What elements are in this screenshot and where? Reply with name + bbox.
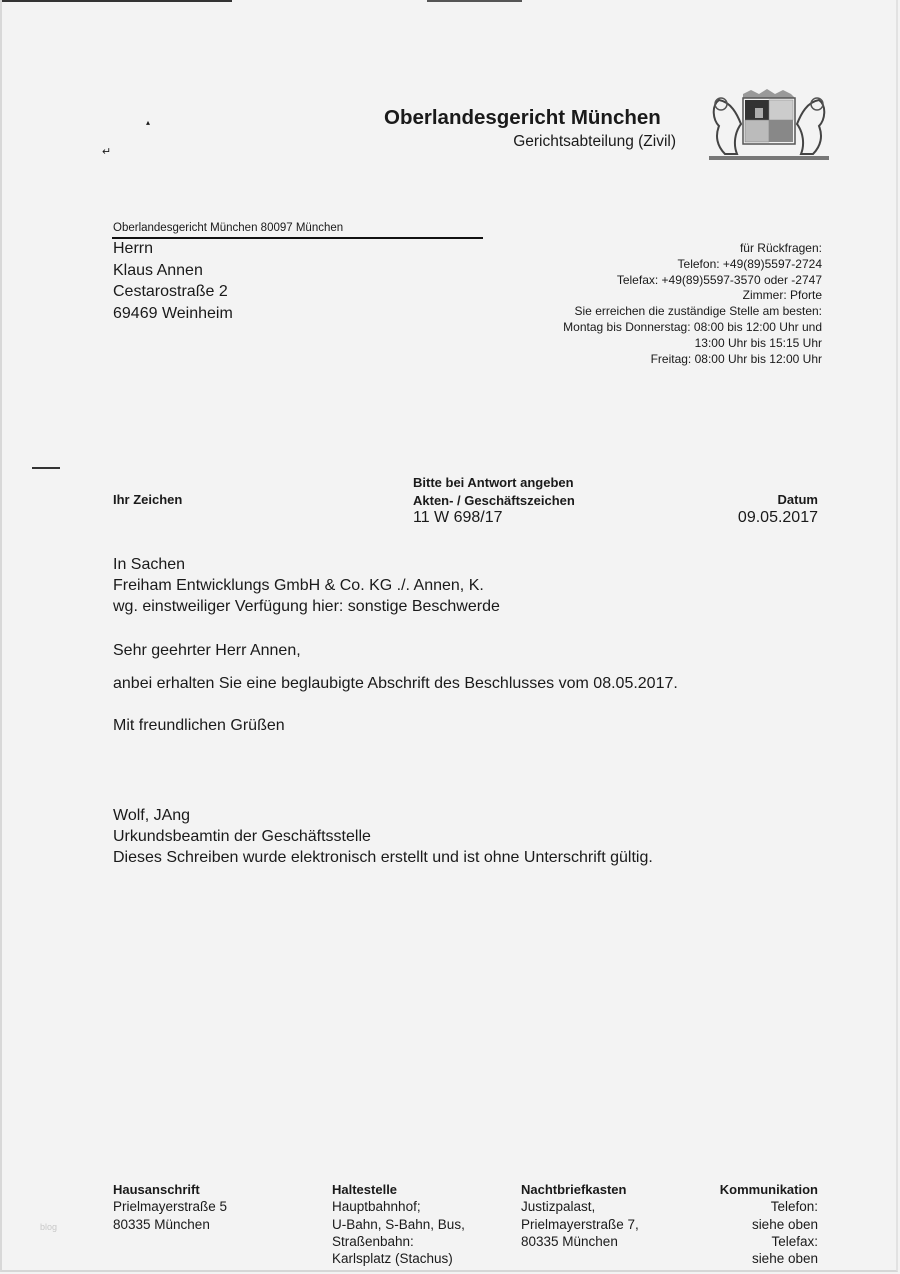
contact-phone: Telefon: +49(89)5597-2724 xyxy=(563,257,822,273)
footer-heading: Nachtbriefkasten xyxy=(521,1181,639,1198)
sender-return-address: Oberlandesgericht München 80097 München xyxy=(113,222,343,234)
signer-title: Urkundsbeamtin der Geschäftsstelle xyxy=(113,828,371,846)
validity-note: Dieses Schreiben wurde elektronisch erst… xyxy=(113,849,653,867)
footer-heading: Hausanschrift xyxy=(113,1181,227,1198)
footer-line: 80335 München xyxy=(113,1216,227,1233)
date-value: 09.05.2017 xyxy=(738,509,818,527)
bavarian-coat-of-arms-icon xyxy=(707,86,831,162)
file-reference-label: Akten- / Geschäftszeichen xyxy=(413,492,575,510)
footer-line: 80335 München xyxy=(521,1233,639,1250)
salutation: Sehr geehrter Herr Annen, xyxy=(113,642,301,660)
footer-line: Straßenbahn: xyxy=(332,1233,465,1250)
footer-line: Hauptbahnhof; xyxy=(332,1198,465,1215)
footer-line: Prielmayerstraße 7, xyxy=(521,1216,639,1233)
file-reference-labels: Bitte bei Antwort angeben Akten- / Gesch… xyxy=(413,474,575,509)
contact-info: für Rückfragen: Telefon: +49(89)5597-272… xyxy=(563,241,822,367)
letter-body: anbei erhalten Sie eine beglaubigte Absc… xyxy=(113,675,678,693)
reply-note: Bitte bei Antwort angeben xyxy=(413,474,575,492)
contact-hours-mon-thu: Montag bis Donnerstag: 08:00 bis 12:00 U… xyxy=(563,320,822,336)
your-reference-label: Ihr Zeichen xyxy=(113,492,182,507)
scan-speck-icon: ▴ xyxy=(146,118,150,127)
contact-hours-intro: Sie erreichen die zuständige Stelle am b… xyxy=(563,304,822,320)
footer-heading: Haltestelle xyxy=(332,1181,465,1198)
recipient-salutation-line: Herrn xyxy=(113,238,233,260)
court-name: Oberlandesgericht München xyxy=(384,106,661,130)
footer-line: Prielmayerstraße 5 xyxy=(113,1198,227,1215)
signer-name: Wolf, JAng xyxy=(113,807,190,825)
recipient-street: Cestarostraße 2 xyxy=(113,281,233,303)
scan-edge-mark xyxy=(427,0,522,2)
letter-page: ▴ ↵ Oberlandesgericht München Gerichtsab… xyxy=(0,0,898,1272)
file-reference-value: 11 W 698/17 xyxy=(413,509,503,527)
footer-line: Justizpalast, xyxy=(521,1198,639,1215)
contact-hours-mon-thu-afternoon: 13:00 Uhr bis 15:15 Uhr xyxy=(563,336,822,352)
footer-heading: Kommunikation xyxy=(720,1181,818,1198)
footer-communication: Kommunikation Telefon: siehe oben Telefa… xyxy=(720,1181,818,1267)
fold-mark xyxy=(32,467,60,469)
case-parties: Freiham Entwicklungs GmbH & Co. KG ./. A… xyxy=(113,577,484,595)
footer-line: Telefon: xyxy=(720,1198,818,1215)
scan-speck-icon: ↵ xyxy=(102,145,111,158)
recipient-address: Herrn Klaus Annen Cestarostraße 2 69469 … xyxy=(113,238,233,324)
footer-line: siehe oben xyxy=(720,1250,818,1267)
footer-house-address: Hausanschrift Prielmayerstraße 5 80335 M… xyxy=(113,1181,227,1233)
footer-line: siehe oben xyxy=(720,1216,818,1233)
watermark: blog xyxy=(40,1222,57,1232)
recipient-name: Klaus Annen xyxy=(113,260,233,282)
case-subject: wg. einstweiliger Verfügung hier: sonsti… xyxy=(113,598,500,616)
contact-line: für Rückfragen: xyxy=(563,241,822,257)
closing: Mit freundlichen Grüßen xyxy=(113,717,285,735)
footer-line: U-Bahn, S-Bahn, Bus, xyxy=(332,1216,465,1233)
court-department: Gerichtsabteilung (Zivil) xyxy=(513,133,676,151)
footer-transit-stop: Haltestelle Hauptbahnhof; U-Bahn, S-Bahn… xyxy=(332,1181,465,1267)
footer-line: Telefax: xyxy=(720,1233,818,1250)
contact-fax: Telefax: +49(89)5597-3570 oder -2747 xyxy=(563,273,822,289)
contact-room: Zimmer: Pforte xyxy=(563,288,822,304)
contact-hours-fri: Freitag: 08:00 Uhr bis 12:00 Uhr xyxy=(563,352,822,368)
date-label: Datum xyxy=(778,492,818,507)
footer-night-mailbox: Nachtbriefkasten Justizpalast, Prielmaye… xyxy=(521,1181,639,1250)
case-intro: In Sachen xyxy=(113,556,185,574)
footer-line: Karlsplatz (Stachus) xyxy=(332,1250,465,1267)
recipient-city: 69469 Weinheim xyxy=(113,303,233,325)
scan-edge-mark xyxy=(2,0,232,2)
